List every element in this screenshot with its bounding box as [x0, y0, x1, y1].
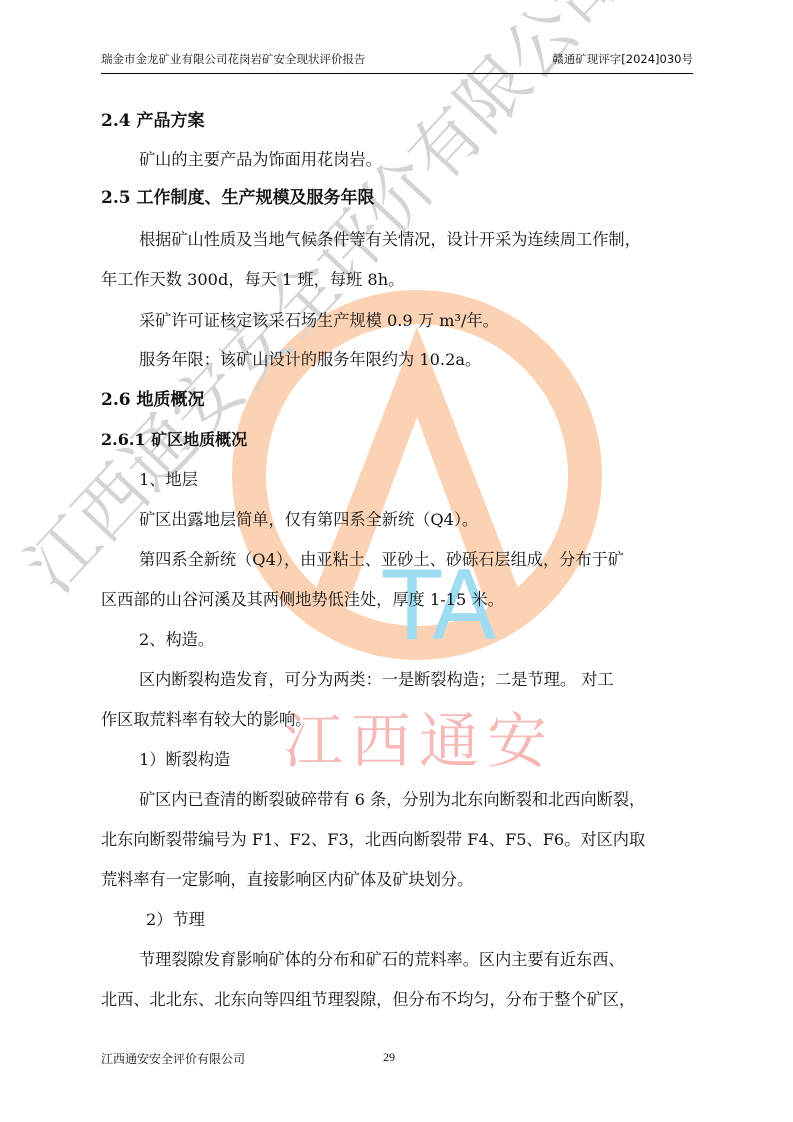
paragraph-line: 矿区内已查清的断裂破碎带有 6 条，分别为北东向断裂和北西向断裂， — [139, 792, 645, 808]
section-heading-2-6: 2.6 地质概况 — [101, 392, 205, 409]
paragraph-line: 节理裂隙发育影响矿体的分布和矿石的荒料率。区内主要有近东西、 — [139, 952, 625, 968]
subsection-heading-2-6-1: 2.6.1 矿区地质概况 — [101, 432, 247, 448]
paragraph-line: 北西、北北东、北东向等四组节理裂隙，但分布不均匀，分布于整个矿区， — [101, 992, 635, 1008]
page-header: 瑞金市金龙矿业有限公司花岗岩矿安全现状评价报告 赣通矿现评字[2024]030号 — [101, 51, 693, 74]
paragraph-line: 北东向断裂带编号为 F1、F2、F3，北西向断裂带 F4、F5、F6。对区内取 — [101, 832, 645, 848]
paragraph-line: 根据矿山性质及当地气候条件等有关情况，设计开采为连续周工作制， — [139, 232, 641, 248]
paragraph: 服务年限：该矿山设计的服务年限约为 10.2a。 — [139, 352, 481, 368]
document-number: 赣通矿现评字[2024]030号 — [552, 51, 693, 67]
paragraph-line: 区西部的山谷河溪及其两侧地势低洼处，厚度 1-15 米。 — [101, 592, 504, 608]
paragraph: 矿山的主要产品为饰面用花岗岩。 — [139, 152, 382, 168]
paragraph-line: 第四系全新统（Q4），由亚粘土、亚砂土、砂砾石层组成，分布于矿 — [139, 552, 624, 568]
paragraph-line: 年工作天数 300d，每天 1 班，每班 8h。 — [101, 272, 404, 288]
section-heading-2-5: 2.5 工作制度、生产规模及服务年限 — [101, 190, 375, 207]
list-label: 1、地层 — [139, 472, 198, 488]
report-title: 瑞金市金龙矿业有限公司花岗岩矿安全现状评价报告 — [101, 51, 366, 67]
footer-company: 江西通安安全评价有限公司 — [101, 1050, 245, 1067]
paragraph-line: 区内断裂构造发育，可分为两类：一是断裂构造；二是节理。 对工 — [139, 672, 614, 688]
list-label: 2）节理 — [146, 912, 205, 928]
list-label: 1）断裂构造 — [139, 752, 230, 768]
page-number: 29 — [383, 1050, 395, 1065]
paragraph-line: 作区取荒料率有较大的影响。 — [101, 712, 311, 728]
paragraph: 矿区出露地层简单，仅有第四系全新统（Q4）。 — [139, 512, 478, 528]
watermark-red-text: 江西通安 — [283, 712, 555, 772]
paragraph: 采矿许可证核定该采石场生产规模 0.9 万 m³/年。 — [139, 313, 499, 329]
list-label: 2、构造。 — [139, 632, 214, 648]
section-heading-2-4: 2.4 产品方案 — [101, 113, 205, 130]
paragraph-line: 荒料率有一定影响，直接影响区内矿体及矿块划分。 — [101, 872, 473, 888]
